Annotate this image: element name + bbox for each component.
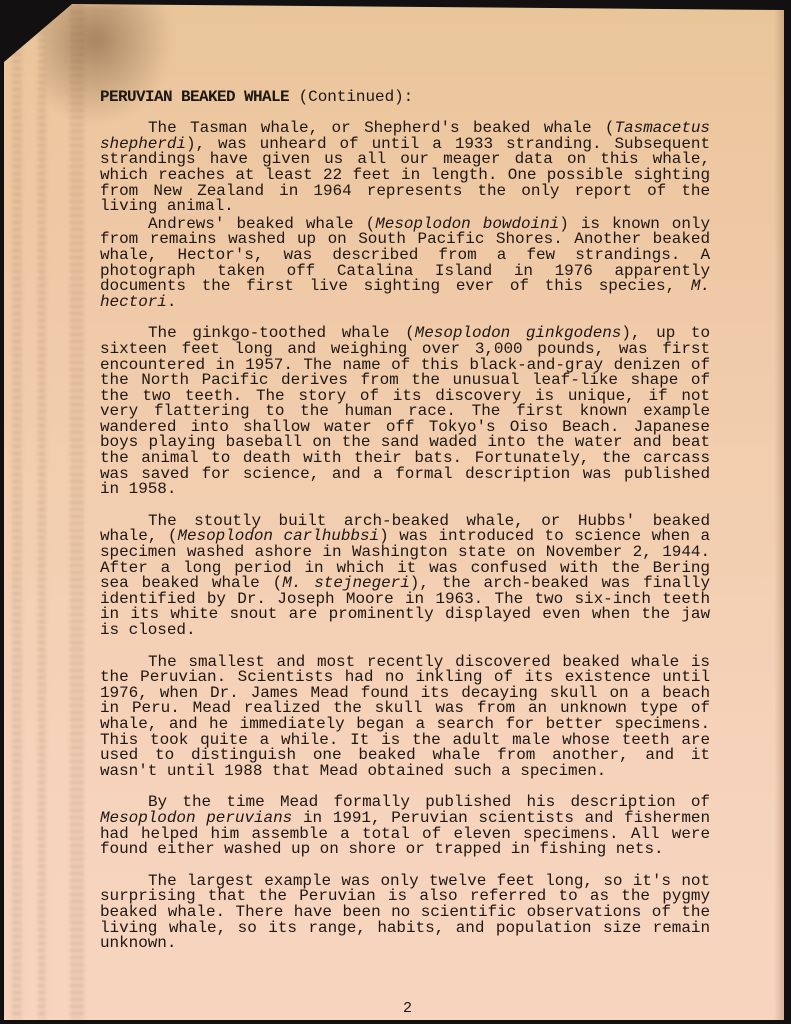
copier-streak	[38, 4, 46, 1020]
document-page: PERUVIAN BEAKED WHALE (Continued): The T…	[4, 4, 784, 1020]
paragraph-peruvian-discovery: The smallest and most recently discovere…	[100, 655, 710, 780]
heading-suffix: (Continued):	[289, 88, 413, 106]
page-edge-shadow	[774, 4, 784, 1020]
species-name: Mesoplodon ginkgodens	[415, 324, 622, 342]
paragraph-peruvian-publication: By the time Mead formally published his …	[100, 795, 710, 857]
copier-streak	[12, 4, 22, 1020]
paragraph-pygmy: The largest example was only twelve feet…	[100, 874, 710, 952]
species-name: Mesoplodon carlhubbsi	[177, 527, 379, 545]
copier-streak	[70, 4, 84, 1020]
section-heading: PERUVIAN BEAKED WHALE (Continued):	[100, 90, 710, 106]
species-name: Mesoplodon bowdoini	[375, 215, 559, 233]
species-name: M. hectori	[100, 277, 710, 311]
page-number: 2	[403, 1000, 412, 1017]
paragraph-ginkgo: The ginkgo-toothed whale (Mesoplodon gin…	[100, 326, 710, 498]
paragraph-hubbs: The stoutly built arch-beaked whale, or …	[100, 514, 710, 639]
heading-title: PERUVIAN BEAKED WHALE	[100, 88, 289, 106]
species-name: Mesoplodon peruvians	[100, 809, 292, 827]
paragraph-andrews: Andrews' beaked whale (Mesoplodon bowdoi…	[100, 217, 710, 311]
species-name: Tasmacetus shepherdi	[100, 119, 710, 153]
species-name: M. stejnegeri	[282, 574, 410, 592]
document-body: PERUVIAN BEAKED WHALE (Continued): The T…	[100, 90, 710, 952]
paragraph-tasman: The Tasman whale, or Shepherd's beaked w…	[100, 121, 710, 215]
